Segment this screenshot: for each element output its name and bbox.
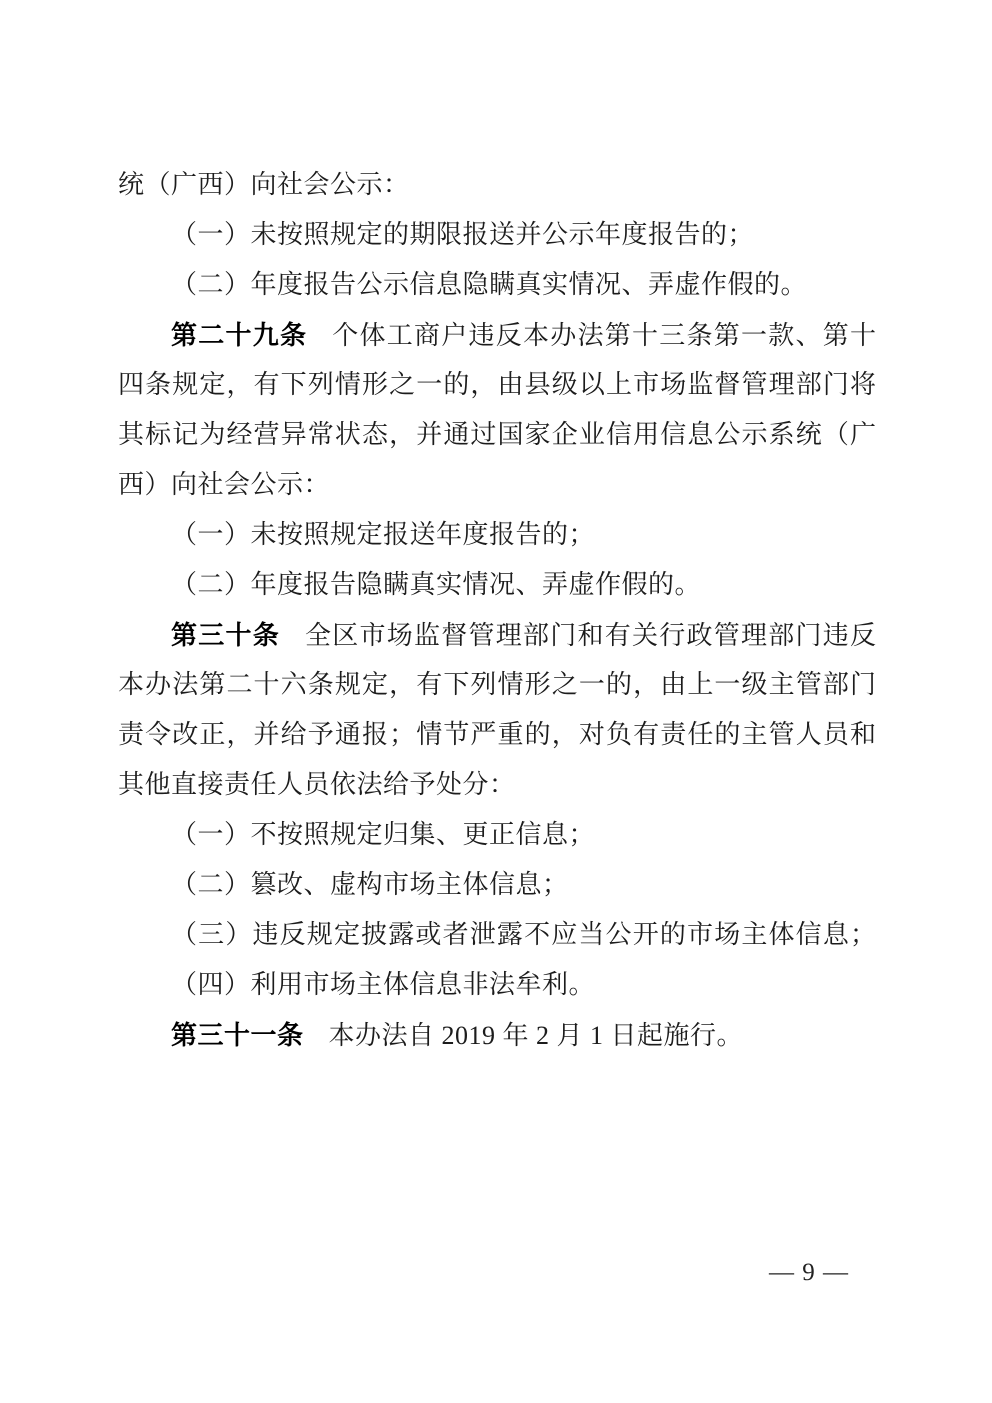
text-line: 其标记为经营异常状态，并通过国家企业信用信息公示系统（广 — [118, 410, 876, 460]
list-item: （四）利用市场主体信息非法牟利。 — [118, 960, 876, 1010]
line-text: （二）年度报告隐瞒真实情况、弄虚作假的。 — [171, 570, 701, 599]
article-number: 第三十一条 — [171, 1020, 304, 1050]
line-text: 个体工商户违反本办法第十三条第一款、第十 — [332, 321, 876, 350]
page-number: — 9 — — [769, 1259, 849, 1287]
line-text: 四条规定，有下列情形之一的，由县级以上市场监督管理部门将 — [118, 370, 876, 399]
line-text: 西）向社会公示： — [118, 470, 330, 499]
line-text: 全区市场监督管理部门和有关行政管理部门违反 — [305, 621, 876, 650]
text-line-continuation: 统（广西）向社会公示： — [118, 160, 876, 210]
list-item: （三）违反规定披露或者泄露不应当公开的市场主体信息； — [118, 910, 876, 960]
line-text: （二）篡改、虚构市场主体信息； — [171, 870, 569, 899]
document-body: 统（广西）向社会公示： （一）未按照规定的期限报送并公示年度报告的； （二）年度… — [118, 160, 876, 1060]
text-line: 四条规定，有下列情形之一的，由县级以上市场监督管理部门将 — [118, 360, 876, 410]
line-text: （四）利用市场主体信息非法牟利。 — [171, 970, 595, 999]
text-line: 责令改正，并给予通报；情节严重的，对负有责任的主管人员和 — [118, 710, 876, 760]
line-text: （二）年度报告公示信息隐瞒真实情况、弄虚作假的。 — [171, 270, 807, 299]
list-item: （二）年度报告公示信息隐瞒真实情况、弄虚作假的。 — [118, 260, 876, 310]
list-item: （一）未按照规定的期限报送并公示年度报告的； — [118, 210, 876, 260]
line-text: 本办法第二十六条规定，有下列情形之一的，由上一级主管部门 — [118, 670, 876, 699]
line-text: 其他直接责任人员依法给予处分： — [118, 770, 516, 799]
list-item: （二）年度报告隐瞒真实情况、弄虚作假的。 — [118, 560, 876, 610]
list-item: （一）不按照规定归集、更正信息； — [118, 810, 876, 860]
line-text: （三）违反规定披露或者泄露不应当公开的市场主体信息； — [171, 920, 876, 949]
line-text: 统（广西）向社会公示： — [118, 170, 410, 199]
line-text: 本办法自 2019 年 2 月 1 日起施行。 — [329, 1021, 744, 1050]
list-item: （二）篡改、虚构市场主体信息； — [118, 860, 876, 910]
line-text: 其标记为经营异常状态，并通过国家企业信用信息公示系统（广 — [118, 420, 876, 449]
list-item: （一）未按照规定报送年度报告的； — [118, 510, 876, 560]
article-number: 第三十条 — [171, 620, 280, 650]
text-line: 西）向社会公示： — [118, 460, 876, 510]
text-line: 本办法第二十六条规定，有下列情形之一的，由上一级主管部门 — [118, 660, 876, 710]
article-line: 第三十条全区市场监督管理部门和有关行政管理部门违反 — [118, 610, 876, 660]
text-line: 其他直接责任人员依法给予处分： — [118, 760, 876, 810]
article-line: 第三十一条本办法自 2019 年 2 月 1 日起施行。 — [118, 1010, 876, 1060]
line-text: （一）未按照规定的期限报送并公示年度报告的； — [171, 220, 754, 249]
line-text: 责令改正，并给予通报；情节严重的，对负有责任的主管人员和 — [118, 720, 876, 749]
article-line: 第二十九条个体工商户违反本办法第十三条第一款、第十 — [118, 310, 876, 360]
article-number: 第二十九条 — [171, 320, 307, 350]
line-text: （一）未按照规定报送年度报告的； — [171, 520, 595, 549]
line-text: （一）不按照规定归集、更正信息； — [171, 820, 595, 849]
document-page: 统（广西）向社会公示： （一）未按照规定的期限报送并公示年度报告的； （二）年度… — [0, 0, 992, 1403]
